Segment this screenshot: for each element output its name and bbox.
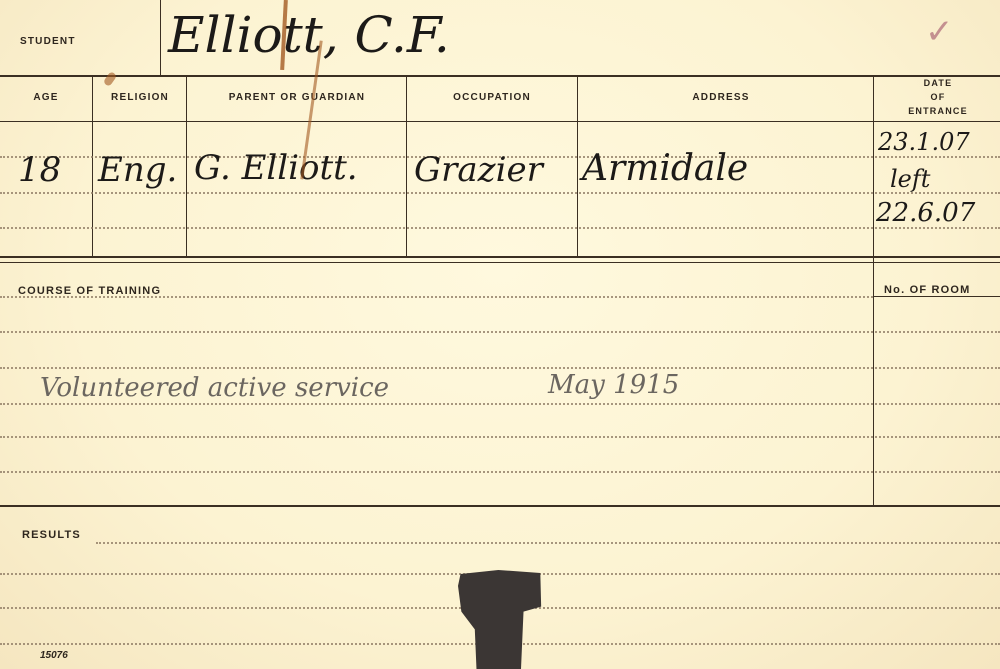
value-address: Armidale bbox=[582, 148, 748, 189]
header-age: AGE bbox=[33, 92, 58, 103]
student-label: STUDENT bbox=[20, 36, 76, 47]
col-divider bbox=[406, 75, 407, 257]
dotted-rule bbox=[96, 542, 1000, 544]
value-date-entrance: 23.1.07 bbox=[878, 128, 970, 156]
rule bbox=[0, 75, 1000, 77]
rust-stain bbox=[103, 71, 118, 87]
header-address: ADDRESS bbox=[692, 92, 749, 103]
header-date-line1: DATE bbox=[924, 78, 953, 88]
student-name: Elliott, C.F. bbox=[168, 6, 450, 64]
rule bbox=[0, 505, 1000, 507]
dotted-rule bbox=[0, 436, 1000, 438]
dotted-rule bbox=[0, 227, 1000, 229]
header-date-line2: OF bbox=[931, 92, 946, 102]
course-note-date: May 1915 bbox=[548, 370, 679, 400]
col-divider bbox=[873, 75, 874, 505]
value-parent-guardian: G. Elliott. bbox=[194, 148, 358, 188]
rule bbox=[873, 296, 1000, 297]
value-left-label: left bbox=[890, 165, 930, 193]
value-date-left: 22.6.07 bbox=[876, 198, 975, 228]
dotted-rule bbox=[0, 471, 1000, 473]
col-divider bbox=[577, 75, 578, 257]
dotted-rule bbox=[0, 296, 873, 298]
form-number: 15076 bbox=[40, 650, 68, 661]
value-religion: Eng. bbox=[98, 150, 177, 190]
dotted-rule bbox=[0, 367, 1000, 369]
value-occupation: Grazier bbox=[414, 150, 543, 190]
col-divider bbox=[186, 75, 187, 257]
student-divider bbox=[160, 0, 161, 76]
header-occupation: OCCUPATION bbox=[453, 92, 531, 103]
header-religion: RELIGION bbox=[111, 92, 169, 103]
results-label: RESULTS bbox=[22, 529, 81, 541]
rule bbox=[0, 121, 1000, 122]
check-mark-icon: ✓ bbox=[925, 12, 954, 52]
room-number-label: No. OF ROOM bbox=[884, 284, 971, 296]
dotted-rule bbox=[0, 192, 1000, 194]
header-parent-guardian: PARENT OR GUARDIAN bbox=[229, 92, 365, 103]
punch-hole bbox=[458, 570, 542, 669]
dotted-rule bbox=[0, 403, 1000, 405]
rule bbox=[0, 256, 1000, 258]
dotted-rule bbox=[0, 331, 1000, 333]
course-note: Volunteered active service bbox=[40, 373, 389, 403]
col-divider bbox=[92, 75, 93, 257]
header-date-line3: ENTRANCE bbox=[908, 106, 968, 116]
value-age: 18 bbox=[18, 150, 61, 190]
rule bbox=[0, 262, 1000, 263]
student-record-card: STUDENT Elliott, C.F. ✓ AGE RELIGION PAR… bbox=[0, 0, 1000, 669]
